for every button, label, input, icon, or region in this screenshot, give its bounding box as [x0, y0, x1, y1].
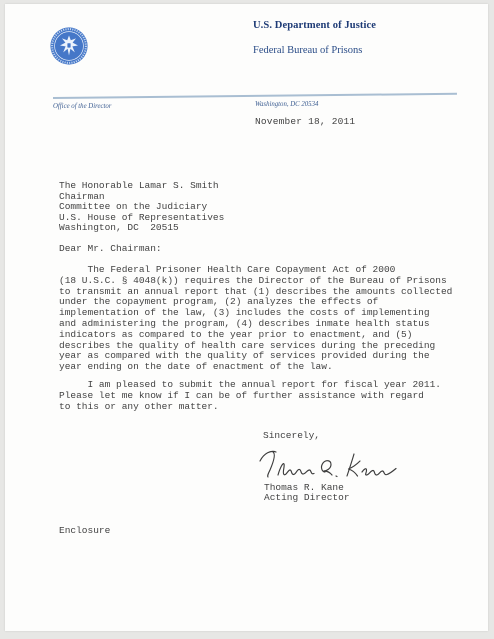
body-paragraph-2: I am pleased to submit the annual report… — [59, 380, 459, 412]
date-line: November 18, 2011 — [255, 117, 355, 128]
bureau-subtitle: Federal Bureau of Prisons — [253, 45, 362, 56]
body-paragraph-1: The Federal Prisoner Health Care Copayme… — [59, 265, 459, 373]
valediction: Sincerely, — [263, 431, 320, 442]
doj-seal-icon — [49, 26, 89, 66]
signature-script — [256, 446, 398, 484]
letterhead-city: Washington, DC 20534 — [255, 101, 318, 108]
office-of-director-label: Office of the Director — [53, 103, 111, 110]
signer-title: Acting Director — [264, 493, 350, 504]
department-title: U.S. Department of Justice — [253, 20, 376, 31]
recipient-address: The Honorable Lamar S. Smith Chairman Co… — [59, 181, 224, 234]
salutation: Dear Mr. Chairman: — [59, 244, 162, 255]
enclosure-note: Enclosure — [59, 526, 110, 537]
